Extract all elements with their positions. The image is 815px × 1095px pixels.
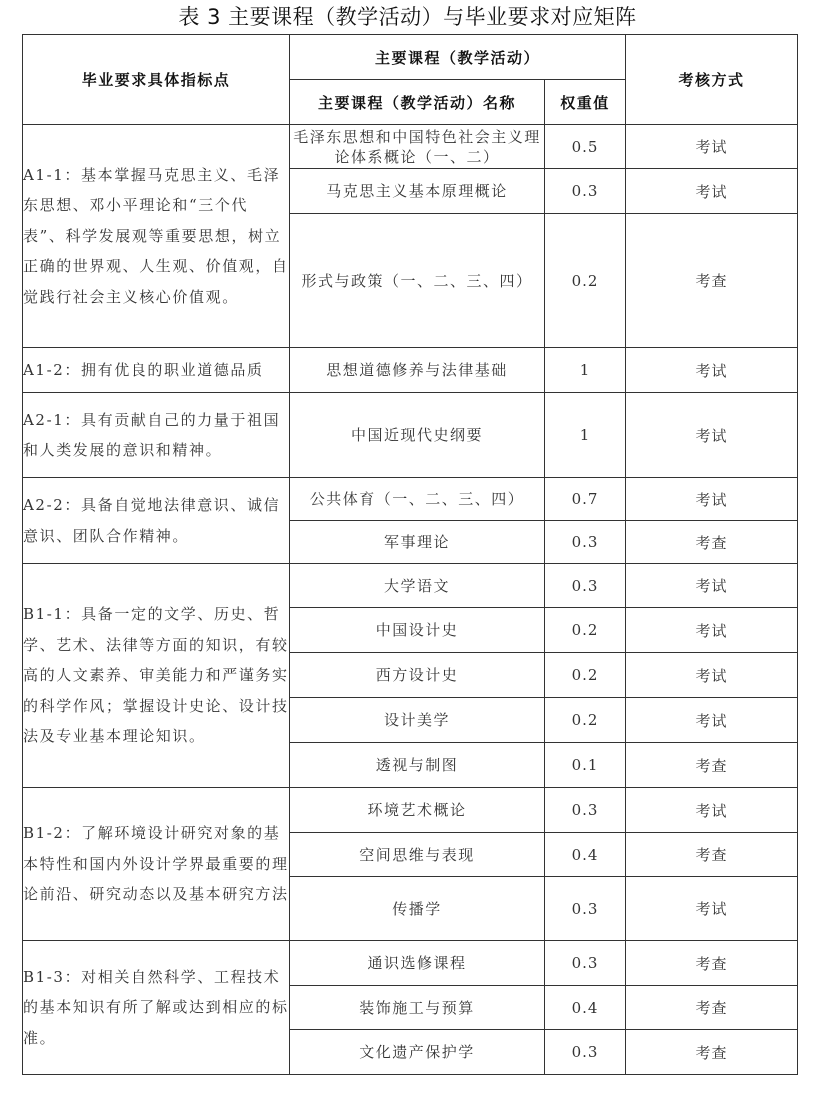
weight-cell: 0.7	[545, 478, 626, 521]
weight-cell: 0.3	[545, 521, 626, 564]
header-course-group: 主要课程（教学活动）	[290, 35, 626, 80]
requirement-cell: B1-3：对相关自然科学、工程技术的基本知识有所了解或达到相应的标准。	[23, 941, 290, 1075]
course-name-cell: 马克思主义基本原理概论	[290, 169, 545, 214]
course-name-cell: 环境艺术概论	[290, 788, 545, 833]
course-name-cell: 思想道德修养与法律基础	[290, 348, 545, 393]
weight-cell: 0.3	[545, 788, 626, 833]
assessment-cell: 考试	[626, 478, 798, 521]
weight-cell: 1	[545, 393, 626, 478]
assessment-cell: 考查	[626, 833, 798, 877]
weight-cell: 0.2	[545, 608, 626, 653]
requirement-cell: A1-2：拥有优良的职业道德品质	[23, 348, 290, 393]
assessment-cell: 考试	[626, 169, 798, 214]
assessment-cell: 考查	[626, 521, 798, 564]
table-row: A2-2：具备自觉地法律意识、诚信意识、团队合作精神。 公共体育（一、二、三、四…	[23, 478, 798, 521]
course-requirement-matrix: 毕业要求具体指标点 主要课程（教学活动） 考核方式 主要课程（教学活动）名称 权…	[22, 34, 798, 1075]
course-name-cell: 公共体育（一、二、三、四）	[290, 478, 545, 521]
assessment-cell: 考查	[626, 1030, 798, 1075]
course-name-cell: 装饰施工与预算	[290, 986, 545, 1030]
assessment-cell: 考查	[626, 986, 798, 1030]
weight-cell: 0.3	[545, 1030, 626, 1075]
requirement-cell: A2-1：具有贡献自己的力量于祖国和人类发展的意识和精神。	[23, 393, 290, 478]
course-name-cell: 空间思维与表现	[290, 833, 545, 877]
weight-cell: 0.5	[545, 125, 626, 169]
assessment-cell: 考查	[626, 214, 798, 348]
requirement-cell: A2-2：具备自觉地法律意识、诚信意识、团队合作精神。	[23, 478, 290, 564]
requirement-cell: A1-1：基本掌握马克思主义、毛泽东思想、邓小平理论和“三个代表”、科学发展观等…	[23, 125, 290, 348]
weight-cell: 0.1	[545, 743, 626, 788]
table-row: A1-1：基本掌握马克思主义、毛泽东思想、邓小平理论和“三个代表”、科学发展观等…	[23, 125, 798, 169]
header-course-name: 主要课程（教学活动）名称	[290, 80, 545, 125]
weight-cell: 0.4	[545, 833, 626, 877]
assessment-cell: 考试	[626, 698, 798, 743]
course-name-cell: 军事理论	[290, 521, 545, 564]
weight-cell: 0.2	[545, 214, 626, 348]
requirement-cell: B1-2：了解环境设计研究对象的基本特性和国内外设计学界最重要的理论前沿、研究动…	[23, 788, 290, 941]
assessment-cell: 考查	[626, 941, 798, 986]
table-title: 表 3 主要课程（教学活动）与毕业要求对应矩阵	[0, 2, 815, 32]
course-name-cell: 文化遗产保护学	[290, 1030, 545, 1075]
table-row: B1-2：了解环境设计研究对象的基本特性和国内外设计学界最重要的理论前沿、研究动…	[23, 788, 798, 833]
weight-cell: 0.3	[545, 169, 626, 214]
course-name-cell: 中国设计史	[290, 608, 545, 653]
course-name-cell: 透视与制图	[290, 743, 545, 788]
table-row: A1-2：拥有优良的职业道德品质 思想道德修养与法律基础 1 考试	[23, 348, 798, 393]
assessment-cell: 考试	[626, 788, 798, 833]
weight-cell: 0.3	[545, 877, 626, 941]
assessment-cell: 考试	[626, 653, 798, 698]
header-assessment: 考核方式	[626, 35, 798, 125]
assessment-cell: 考试	[626, 393, 798, 478]
course-name-cell: 形式与政策（一、二、三、四）	[290, 214, 545, 348]
weight-cell: 0.3	[545, 564, 626, 608]
weight-cell: 1	[545, 348, 626, 393]
assessment-cell: 考查	[626, 743, 798, 788]
course-name-cell: 大学语文	[290, 564, 545, 608]
header-requirement: 毕业要求具体指标点	[23, 35, 290, 125]
assessment-cell: 考试	[626, 877, 798, 941]
weight-cell: 0.3	[545, 941, 626, 986]
table-row: B1-1：具备一定的文学、历史、哲学、艺术、法律等方面的知识，有较高的人文素养、…	[23, 564, 798, 608]
assessment-cell: 考试	[626, 608, 798, 653]
weight-cell: 0.2	[545, 653, 626, 698]
assessment-cell: 考试	[626, 125, 798, 169]
course-name-cell: 通识选修课程	[290, 941, 545, 986]
assessment-cell: 考试	[626, 348, 798, 393]
header-weight: 权重值	[545, 80, 626, 125]
course-name-cell: 中国近现代史纲要	[290, 393, 545, 478]
course-name-cell: 设计美学	[290, 698, 545, 743]
course-name-cell: 传播学	[290, 877, 545, 941]
requirement-cell: B1-1：具备一定的文学、历史、哲学、艺术、法律等方面的知识，有较高的人文素养、…	[23, 564, 290, 788]
table-row: B1-3：对相关自然科学、工程技术的基本知识有所了解或达到相应的标准。 通识选修…	[23, 941, 798, 986]
course-name-cell: 西方设计史	[290, 653, 545, 698]
course-name-cell: 毛泽东思想和中国特色社会主义理论体系概论（一、二）	[290, 125, 545, 169]
weight-cell: 0.2	[545, 698, 626, 743]
table-row: A2-1：具有贡献自己的力量于祖国和人类发展的意识和精神。 中国近现代史纲要 1…	[23, 393, 798, 478]
assessment-cell: 考试	[626, 564, 798, 608]
weight-cell: 0.4	[545, 986, 626, 1030]
